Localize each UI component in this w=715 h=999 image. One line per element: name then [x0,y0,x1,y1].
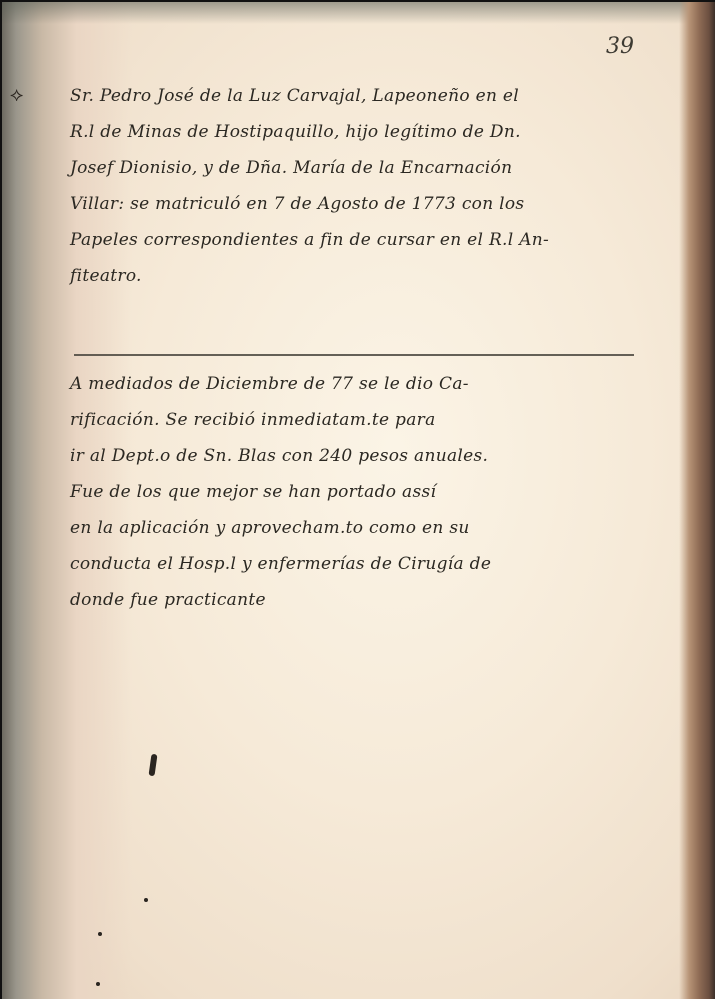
entry-notes: A mediados de Diciembre de 77 se le dio … [70,366,650,618]
entry-line: conducta el Hosp.l y enfermerías de Ciru… [70,546,650,582]
entry-line: donde fue practicante [70,582,650,618]
entry-line: Villar: se matriculó en 7 de Agosto de 1… [70,186,650,222]
entry-line: en la aplicación y aprovecham.to como en… [70,510,650,546]
section-divider [74,354,634,356]
page-top-shadow [2,2,715,24]
margin-mark-icon: ⟡ [10,86,50,102]
entry-line: Fue de los que mejor se han portado assí [70,474,650,510]
entry-line: ir al Dept.o de Sn. Blas con 240 pesos a… [70,438,650,474]
entry-line: rificación. Se recibió inmediatam.te par… [70,402,650,438]
entry-line: Sr. Pedro José de la Luz Carvajal, Lapeo… [70,78,650,114]
entry-line: A mediados de Diciembre de 77 se le dio … [70,366,650,402]
entry-line: R.l de Minas de Hostipaquillo, hijo legí… [70,114,650,150]
folio-number: 39 [606,34,634,59]
ink-mark [148,754,157,777]
manuscript-page: 39 ⟡ Sr. Pedro José de la Luz Carvajal, … [2,2,715,999]
entry-matriculation: Sr. Pedro José de la Luz Carvajal, Lapeo… [70,78,650,294]
entry-line: Papeles correspondientes a fin de cursar… [70,222,650,258]
entry-line: fiteatro. [70,258,650,294]
entry-line: Josef Dionisio, y de Dña. María de la En… [70,150,650,186]
